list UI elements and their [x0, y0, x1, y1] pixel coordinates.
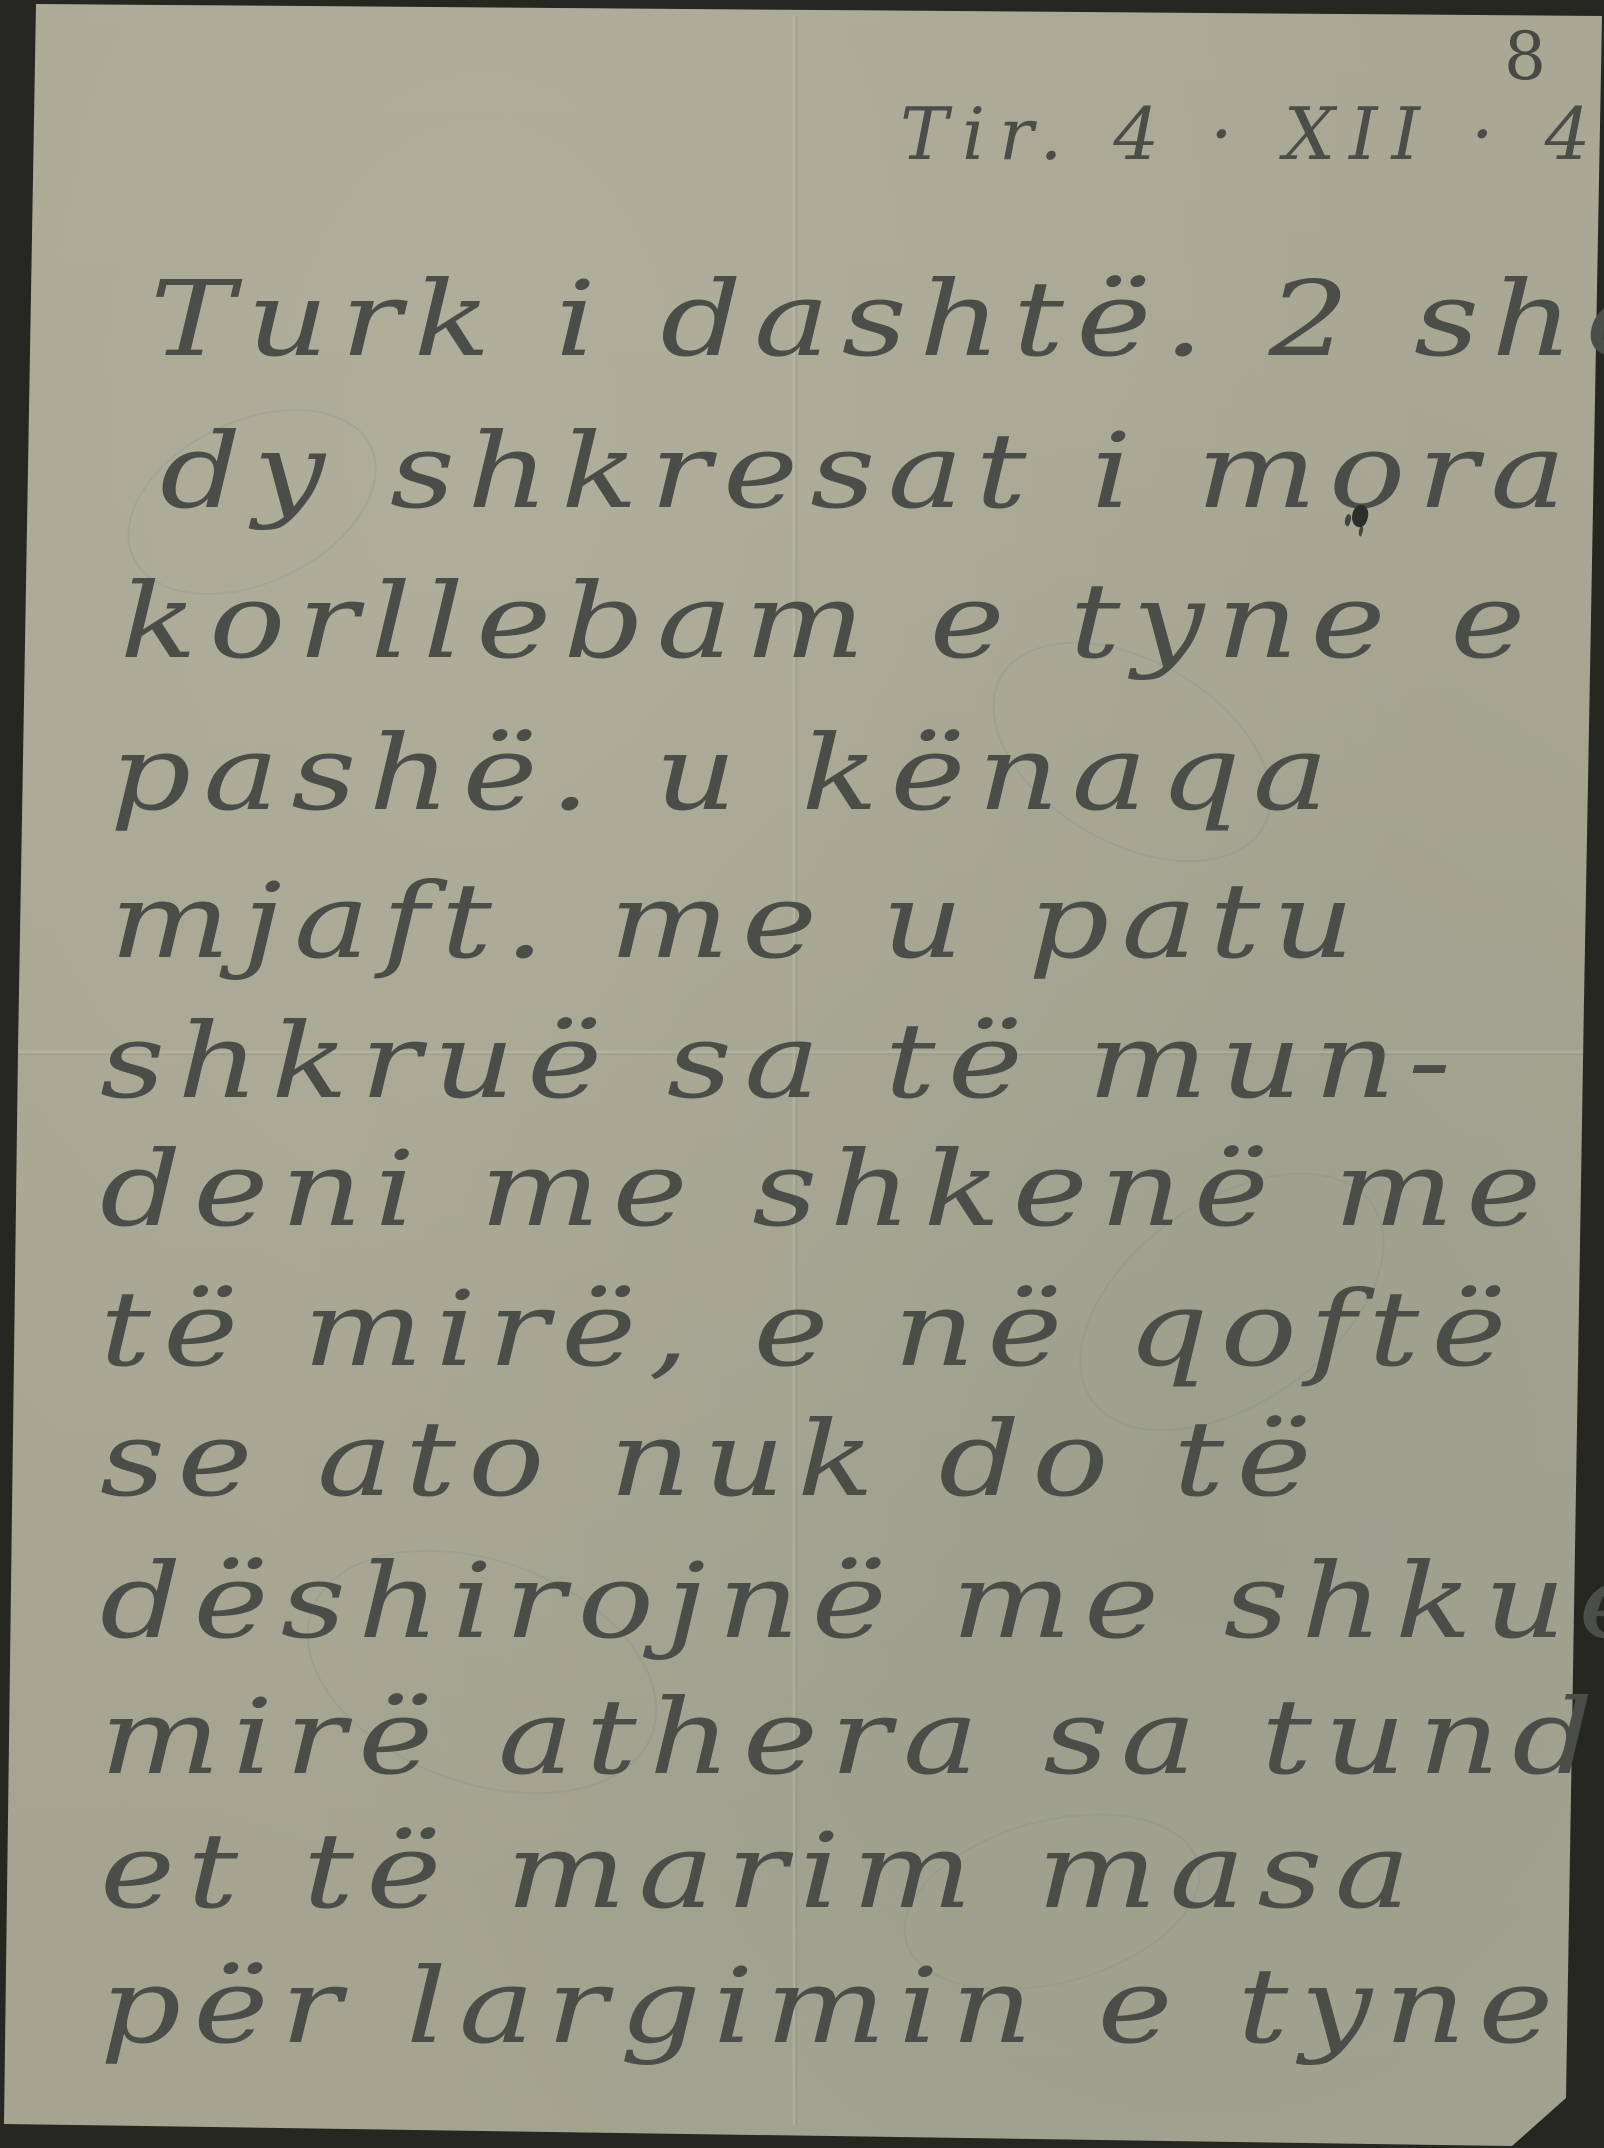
letter-line-8: të mirë, e në qoftë	[100, 1268, 1519, 1390]
letter-line-3: korllebam e tyne e	[120, 560, 1538, 682]
page-number: 8	[1504, 18, 1548, 95]
scanned-letter: 8 Tir. 4 · XII · 43 Turk i dashtë. 2 sho…	[0, 0, 1604, 2148]
letter-line-6: shkruë sa të mun-	[100, 1000, 1463, 1122]
letter-line-7: deni me shkenë me	[100, 1128, 1553, 1250]
letter-line-12: et të marim masa	[100, 1810, 1423, 1932]
letter-line-13: për largimin e tyne	[100, 1945, 1566, 2067]
letter-line-9: se ato nuk do të	[100, 1398, 1324, 1520]
letter-line-5: mjaft. me u patu	[110, 860, 1366, 982]
letter-line-1: Turk i dashtë. 2 shoqi,	[150, 258, 1604, 380]
place-date-header: Tir. 4 · XII · 43	[900, 92, 1604, 176]
letter-line-10: dëshirojnë me shkuë	[100, 1540, 1604, 1662]
letter-line-4: pashë. u kënaqa	[110, 712, 1341, 834]
letter-line-11: mirë athera sa tund-	[100, 1676, 1604, 1798]
